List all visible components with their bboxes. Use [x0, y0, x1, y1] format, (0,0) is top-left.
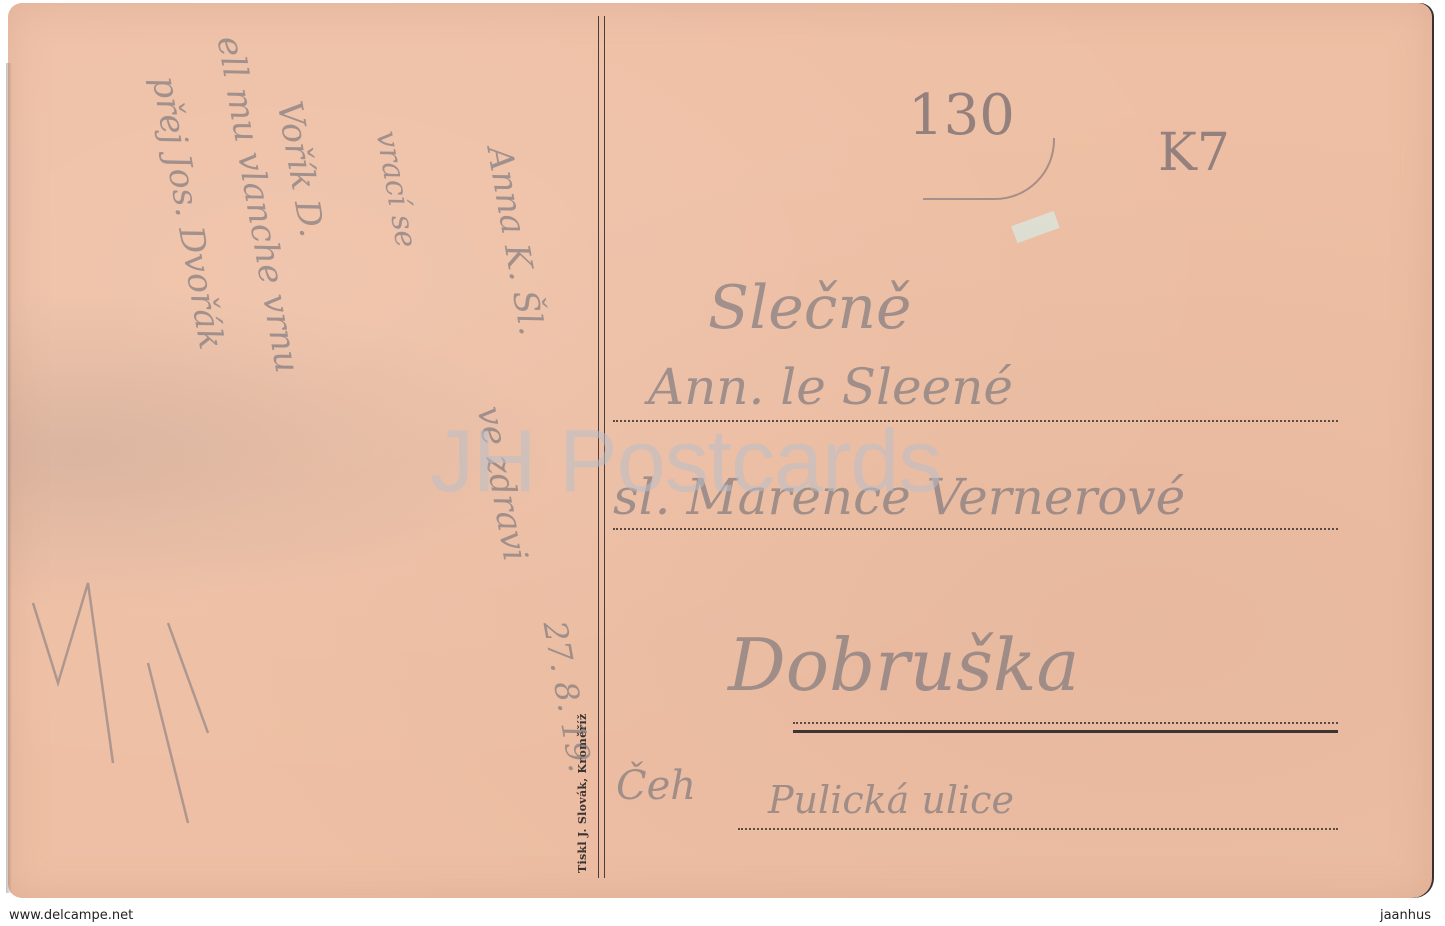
message-line-4: vrací se [369, 128, 424, 251]
salutation: Slečně [708, 273, 912, 343]
price-note-underline [923, 138, 1055, 200]
address-street: Pulická ulice [768, 778, 1014, 822]
tape-fragment [1011, 211, 1059, 243]
address-recipient-1: Ann. le Sleené [648, 358, 1013, 416]
pencil-scribble [28, 563, 228, 883]
watermark: JH Postcards [430, 410, 941, 512]
code-note: K7 [1158, 123, 1230, 183]
corner-note: Čeh [616, 763, 696, 809]
address-line-4 [738, 828, 1338, 830]
message-line-5: Anna K. Šl. [479, 143, 552, 338]
address-city: Dobruška [728, 623, 1079, 707]
address-city-underline [793, 730, 1338, 733]
message-date: 27. 8. 19. [536, 618, 600, 775]
footer-source-link[interactable]: www.delcampe.net [9, 908, 133, 923]
address-line-2 [613, 528, 1338, 530]
footer-seller[interactable]: jaanhus [1380, 908, 1431, 923]
message-line-3: přej Jos. Dvořák [144, 73, 231, 352]
address-line-3 [793, 722, 1338, 724]
